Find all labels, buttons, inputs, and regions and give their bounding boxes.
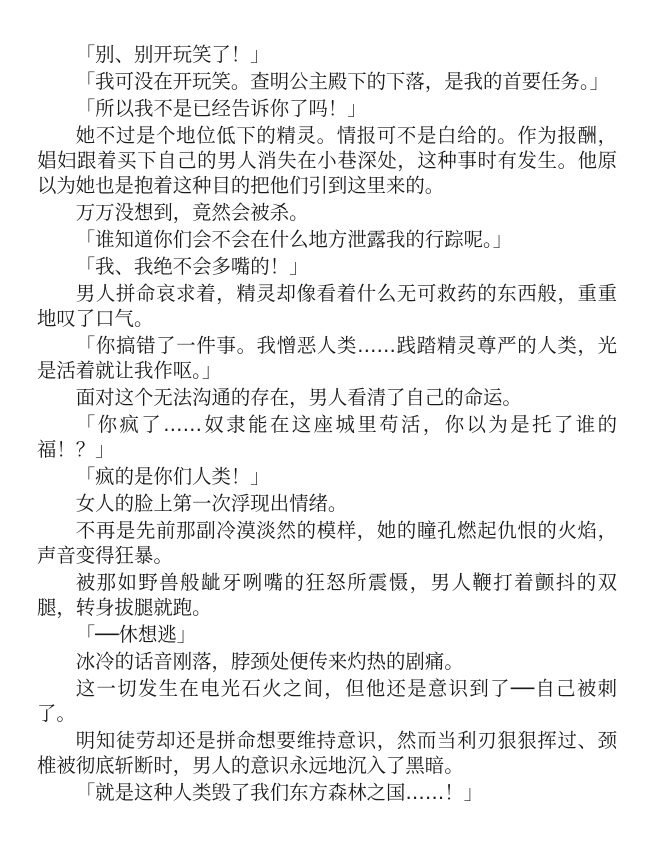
- paragraph: 「我可没在开玩笑。查明公主殿下的下落，是我的首要任务。」: [37, 69, 617, 94]
- paragraph: 「疯的是你们人类！」: [37, 464, 617, 489]
- paragraph: 「就是这种人类毁了我们东方森林之国……！」: [37, 780, 617, 805]
- paragraph: 「你疯了……奴隶能在这座城里苟活，你以为是托了谁的福！？」: [37, 412, 617, 462]
- paragraph: 明知徒劳却还是拼命想要维持意识，然而当利刃狠狠挥过、颈椎被彻底斩断时，男人的意识…: [37, 728, 617, 778]
- paragraph: 面对这个无法沟通的存在，男人看清了自己的命运。: [37, 385, 617, 410]
- paragraph: 她不过是个地位低下的精灵。情报可不是白给的。作为报酬，娼妇跟着买下自己的男人消失…: [37, 123, 617, 198]
- paragraph: 「我、我绝不会多嘴的！」: [37, 254, 617, 279]
- paragraph: 不再是先前那副冷漠淡然的模样，她的瞳孔燃起仇恨的火焰，声音变得狂暴。: [37, 518, 617, 568]
- paragraph: 冰冷的话音刚落，脖颈处便传来灼热的剧痛。: [37, 649, 617, 674]
- paragraph: 「──休想逃」: [37, 622, 617, 647]
- paragraph: 男人拼命哀求着，精灵却像看着什么无可救药的东西般，重重地叹了口气。: [37, 281, 617, 331]
- paragraph: 「你搞错了一件事。我憎恶人类……践踏精灵尊严的人类，光是活着就让我作呕。」: [37, 333, 617, 383]
- paragraph: 「别、别开玩笑了！」: [37, 42, 617, 67]
- paragraph: 「谁知道你们会不会在什么地方泄露我的行踪呢。」: [37, 227, 617, 252]
- paragraph: 「所以我不是已经告诉你了吗！」: [37, 96, 617, 121]
- paragraph: 万万没想到，竟然会被杀。: [37, 200, 617, 225]
- document-page: 「别、别开玩笑了！」 「我可没在开玩笑。查明公主殿下的下落，是我的首要任务。」 …: [37, 42, 617, 807]
- paragraph: 这一切发生在电光石火之间，但他还是意识到了──自己被刺了。: [37, 676, 617, 726]
- paragraph: 女人的脸上第一次浮现出情绪。: [37, 491, 617, 516]
- paragraph: 被那如野兽般龇牙咧嘴的狂怒所震慑，男人鞭打着颤抖的双腿，转身拔腿就跑。: [37, 570, 617, 620]
